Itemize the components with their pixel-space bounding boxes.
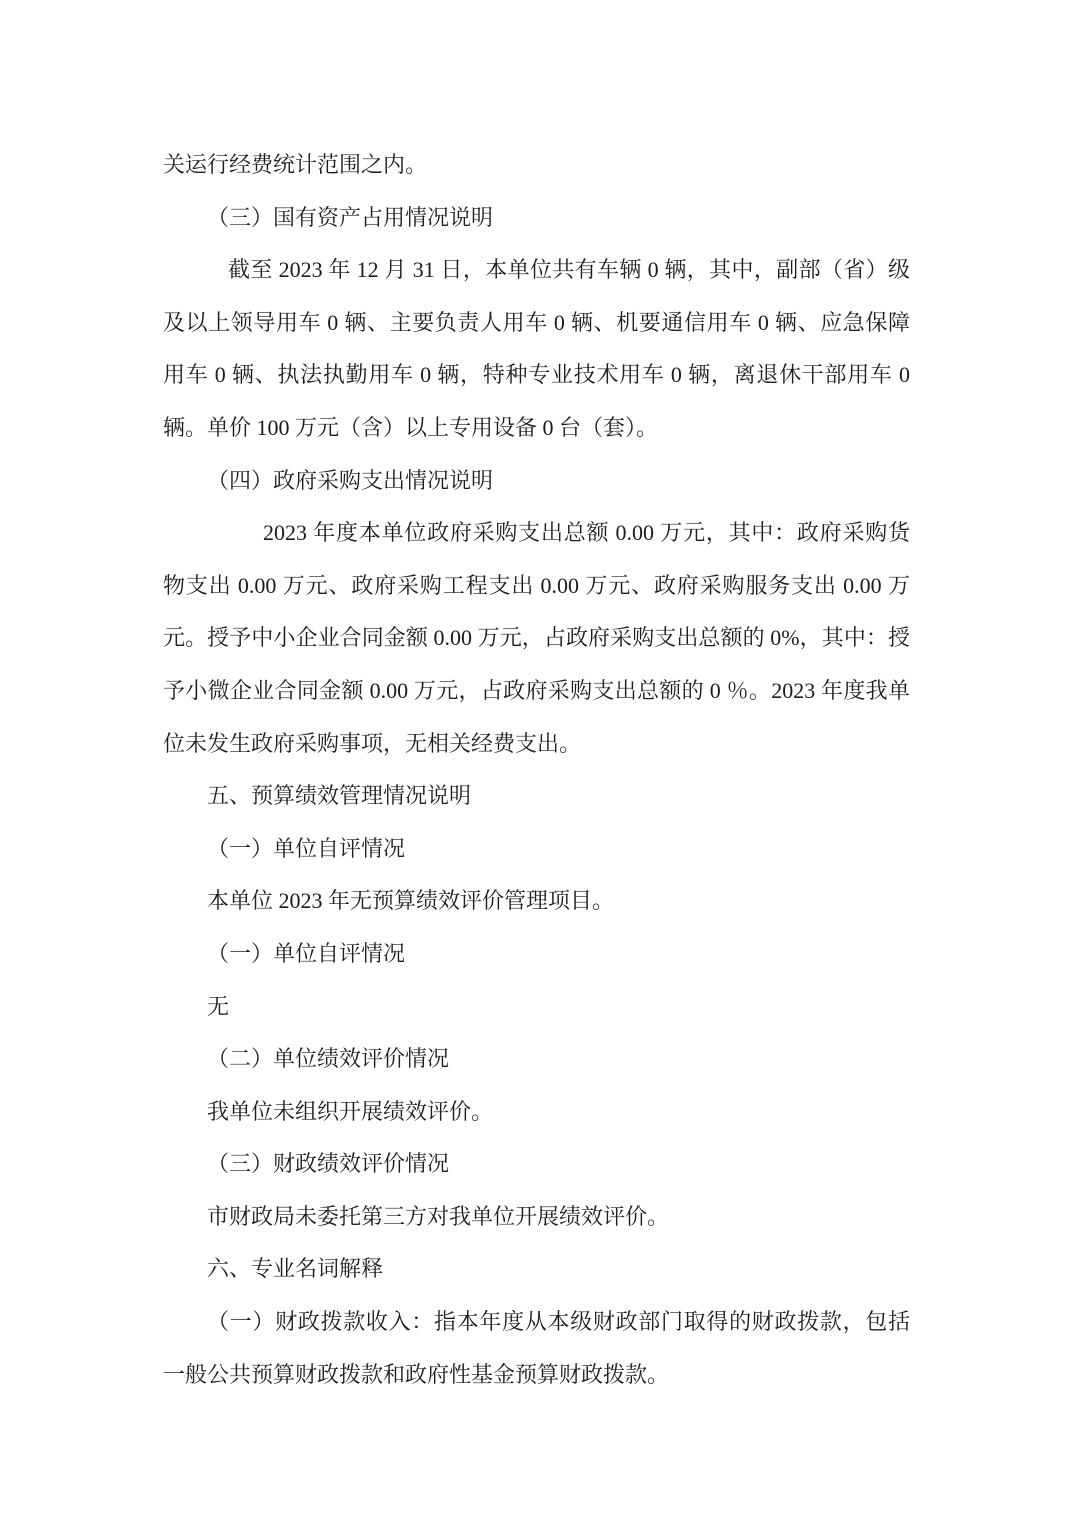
para-fiscal-appropriation-definition: （一）财政拨款收入：指本年度从本级财政部门取得的财政拨款，包括一般公共预算财政拨… <box>163 1296 910 1401</box>
para-unit-performance-evaluation: 我单位未组织开展绩效评价。 <box>163 1086 910 1139</box>
heading-self-evaluation: （一）单位自评情况 <box>163 823 910 876</box>
heading-budget-performance: 五、预算绩效管理情况说明 <box>163 770 910 823</box>
para-none: 无 <box>163 981 910 1034</box>
heading-self-evaluation-2: （一）单位自评情况 <box>163 928 910 981</box>
heading-unit-performance-evaluation: （二）单位绩效评价情况 <box>163 1033 910 1086</box>
document-page: 关运行经费统计范围之内。 （三）国有资产占用情况说明 截至 2023 年 12 … <box>0 0 1074 1520</box>
para-fiscal-performance-evaluation: 市财政局未委托第三方对我单位开展绩效评价。 <box>163 1191 910 1244</box>
para-continuation-operating-funds: 关运行经费统计范围之内。 <box>163 139 910 192</box>
heading-fiscal-performance-evaluation: （三）财政绩效评价情况 <box>163 1138 910 1191</box>
para-self-evaluation: 本单位 2023 年无预算绩效评价管理项目。 <box>163 875 910 928</box>
heading-state-assets: （三）国有资产占用情况说明 <box>163 192 910 245</box>
para-gov-procurement-detail: 2023 年度本单位政府采购支出总额 0.00 万元，其中：政府采购货物支出 0… <box>163 507 910 770</box>
heading-gov-procurement: （四）政府采购支出情况说明 <box>163 455 910 508</box>
para-state-assets-detail: 截至 2023 年 12 月 31 日，本单位共有车辆 0 辆，其中，副部（省）… <box>163 244 910 454</box>
heading-terminology: 六、专业名词解释 <box>163 1243 910 1296</box>
